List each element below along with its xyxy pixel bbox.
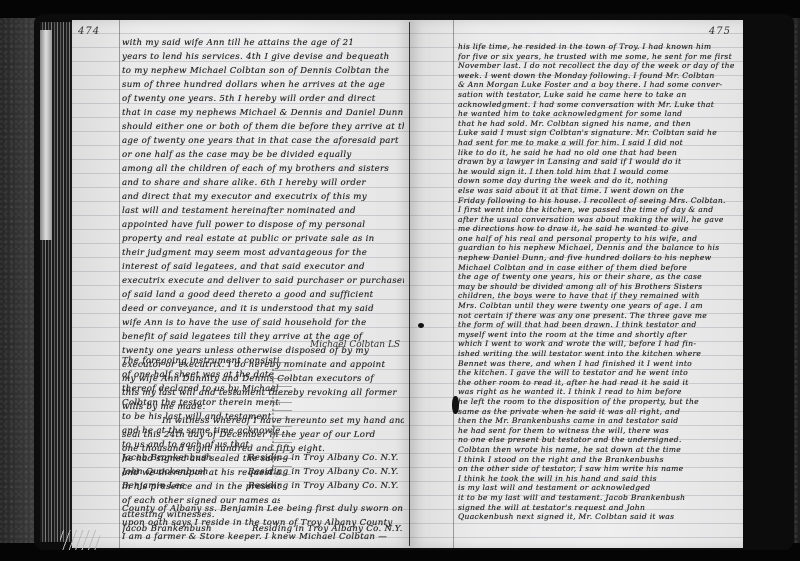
- text-line: the age of twenty one years, his or thei…: [458, 272, 735, 282]
- text-line: guardian to his nephew Michael, Dennis a…: [458, 243, 735, 253]
- text-line: nephew Daniel Dunn, and five hundred dol…: [458, 253, 735, 263]
- text-line: for five or six years, he trusted with m…: [458, 52, 735, 62]
- text-line: executrix execute and deliver to said pu…: [122, 274, 404, 288]
- text-line: else was said about it at that time. I w…: [458, 186, 735, 196]
- text-line: should either one or both of them die be…: [122, 120, 404, 134]
- text-line: then the Mr. Brankenbushs came in and te…: [458, 416, 735, 426]
- text-line: to be his last will and testament: [122, 410, 280, 424]
- text-line: I am a farmer & Store keeper. I knew Mic…: [122, 530, 404, 544]
- text-line: Quackenbush next signed it, Mr. Colbtan …: [458, 512, 735, 522]
- text-line: after the usual conversation was about m…: [458, 215, 735, 225]
- text-line: signed the will at testator's request an…: [458, 503, 735, 513]
- text-line: on the other side of testator, I saw him…: [458, 464, 735, 474]
- text-line: The foregoing instrument consisting: [122, 354, 280, 368]
- text-line: same as the private when he said it was …: [458, 407, 735, 417]
- text-line: I think he took the will in his hand and…: [458, 474, 735, 484]
- witness-residence: Residing in Troy Albany Co. N.Y.: [248, 451, 399, 465]
- witness-row: John Quackenbush Residing in Troy Albany…: [122, 465, 404, 479]
- text-line: Friday following to his house. I recolle…: [458, 196, 735, 206]
- text-line: which I went to work and wrote the will,…: [458, 339, 735, 349]
- text-line: years to lend his services. 4th I give d…: [122, 50, 404, 64]
- text-line: ished writing the will testator went int…: [458, 349, 735, 359]
- text-line: like to do it, he said he had no old one…: [458, 148, 735, 158]
- right-page: 475 his life time, he resided in the tow…: [410, 20, 743, 548]
- text-line: had sent for me to make a will for him. …: [458, 138, 735, 148]
- text-line: appointed have full power to dispose of …: [122, 218, 404, 232]
- text-line: me directions how to draw it, he said he…: [458, 224, 735, 234]
- text-line: was right as he wanted it. I think I rea…: [458, 387, 735, 397]
- attestation-clause: The foregoing instrument consisting of o…: [122, 354, 280, 522]
- text-line: Bennet was there, and when I had finishe…: [458, 359, 735, 369]
- text-line: Luke said I must sign Colbtan's signatur…: [458, 128, 735, 138]
- text-line: age of twenty one years that in that cas…: [122, 134, 404, 148]
- text-line: may be should be divided among all of hi…: [458, 282, 735, 292]
- text-line: drawn by a lawyer in Lansing and said if…: [458, 157, 735, 167]
- witness-name: Jacob Brankenbush: [122, 451, 242, 465]
- scan-artifact: [60, 530, 100, 550]
- text-line: and to share and share alike. 6th I here…: [122, 176, 404, 190]
- deposition-body-text: his life time, he resided in the town of…: [458, 42, 735, 522]
- text-line: County of Albany ss. Benjamin Lee being …: [122, 502, 404, 516]
- text-line: he would sign it. I then told him that I…: [458, 167, 735, 177]
- text-line: acknowledgment. I had some conversation …: [458, 100, 735, 110]
- text-line: his life time, he resided in the town of…: [458, 42, 735, 52]
- text-line: deed or conveyance, and it is understood…: [122, 302, 404, 316]
- text-line: I first went into the kitchen, we passed…: [458, 205, 735, 215]
- text-line: he wanted him to take acknowledgment for…: [458, 109, 735, 119]
- witness-residence: Residing in Troy Albany Co. N.Y.: [248, 479, 399, 493]
- text-line: I think I stood on the right and the Bra…: [458, 455, 735, 465]
- text-line: of said land a good deed thereto a good …: [122, 288, 404, 302]
- text-line: and he at the same time acknowledged: [122, 424, 280, 438]
- text-line: not certain if there was any one present…: [458, 311, 735, 321]
- text-line: Michael Colbtan and in case either of th…: [458, 263, 735, 273]
- text-line: is my last will and testament or acknowl…: [458, 483, 735, 493]
- page-number: 474: [78, 26, 100, 37]
- text-line: with my said wife Ann till he attains th…: [122, 36, 404, 50]
- text-line: week. I went down the Monday following. …: [458, 71, 735, 81]
- text-line: Colbtan then wrote his name, he sat down…: [458, 445, 735, 455]
- text-line: & Ann Morgan Luke Foster and a boy there…: [458, 80, 735, 90]
- text-line: children, the boys were to have that if …: [458, 291, 735, 301]
- text-line: Colbtan the testator therein mentioned: [122, 396, 280, 410]
- text-line: down some day during the week and do it,…: [458, 176, 735, 186]
- text-line: one half of his real and personal proper…: [458, 234, 735, 244]
- page-number: 475: [709, 26, 731, 37]
- margin-rule: [119, 20, 120, 548]
- witness-row: Jacob Brankenbush Residing in Troy Alban…: [122, 451, 404, 465]
- page-edge-highlight: [40, 30, 52, 240]
- text-line: no one else present but testator and the…: [458, 435, 735, 445]
- text-line: property and real estate at public or pr…: [122, 232, 404, 246]
- text-line: sum of three hundred dollars when he arr…: [122, 78, 404, 92]
- text-line: he left the room to the disposition of t…: [458, 397, 735, 407]
- text-line: sation with testator, Luke said he came …: [458, 90, 735, 100]
- witness-name: John Quackenbush: [122, 465, 242, 479]
- text-line: or one half as the case may be be divide…: [122, 148, 404, 162]
- text-line: interest of said legatees, and that said…: [122, 260, 404, 274]
- text-line: the other room to read it, after he had …: [458, 378, 735, 388]
- text-line: among all the children of each of my bro…: [122, 162, 404, 176]
- witness-list-main: Jacob Brankenbush Residing in Troy Alban…: [122, 451, 404, 493]
- text-line: the kitchen. I gave the will to testator…: [458, 368, 735, 378]
- text-line: November last. I do not recollect the da…: [458, 61, 735, 71]
- ink-mark: [418, 323, 424, 328]
- text-line: Mrs. Colbtan until they were twenty one …: [458, 301, 735, 311]
- testator-signature: Michael Colbtan LS: [310, 340, 400, 350]
- witness-residence: Residing in Troy Albany Co. N.Y.: [248, 465, 399, 479]
- text-line: to us and to each of us that: [122, 438, 280, 452]
- margin-rule: [453, 20, 454, 548]
- text-line: that he had sold. Mr. Colbtan signed his…: [458, 119, 735, 129]
- text-line: the form of will that had been drawn. I …: [458, 320, 735, 330]
- text-line: he had sent for them to witness the will…: [458, 426, 735, 436]
- text-line: upon oath says I reside in the town of T…: [122, 516, 404, 530]
- text-line: thereof declared to us by Michael: [122, 382, 280, 396]
- witness-row: Benjamin Lee Residing in Troy Albany Co.…: [122, 479, 404, 493]
- text-line: of one half sheet was at the date: [122, 368, 280, 382]
- text-line: wife Ann is to have the use of said hous…: [122, 316, 404, 330]
- text-line: their judgment may seem most advantageou…: [122, 246, 404, 260]
- text-line: of twenty one years. 5th I hereby will o…: [122, 92, 404, 106]
- ink-blot: [452, 396, 459, 414]
- deposition-text: County of Albany ss. Benjamin Lee being …: [122, 502, 404, 544]
- left-page: 474 with my said wife Ann till he attain…: [72, 20, 411, 548]
- text-line: it to be my last will and testament. Jac…: [458, 493, 735, 503]
- witness-name: Benjamin Lee: [122, 479, 242, 493]
- text-line: that in case my nephews Michael & Dennis…: [122, 106, 404, 120]
- text-line: myself went into the room at the time an…: [458, 330, 735, 340]
- text-line: and direct that my executor and executri…: [122, 190, 404, 204]
- text-line: last will and testament hereinafter nomi…: [122, 204, 404, 218]
- text-line: to my nephew Michael Colbtan son of Denn…: [122, 64, 404, 78]
